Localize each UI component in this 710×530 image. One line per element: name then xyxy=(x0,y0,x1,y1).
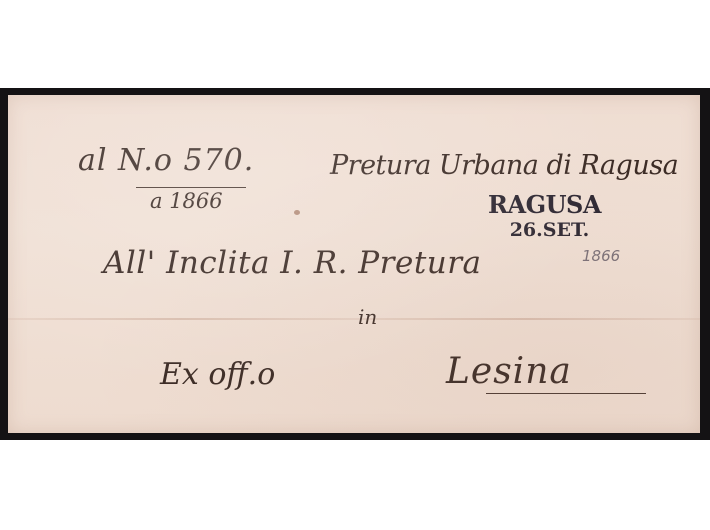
reference-underline xyxy=(136,187,246,188)
ex-officio-endorsement: Ex off.o xyxy=(160,357,275,392)
addressee-line: All' Inclita I. R. Pretura xyxy=(103,245,482,281)
preposition-in: in xyxy=(358,305,377,329)
postmark-date: 26.SET. xyxy=(498,219,601,241)
destination-town: Lesina xyxy=(446,351,572,392)
pencil-note: 1866 xyxy=(582,247,620,265)
fold-crease xyxy=(8,318,700,320)
reference-number: al N.o 570. xyxy=(78,143,254,178)
letter-sheet: al N.o 570. a 1866 Pretura Urbana di Rag… xyxy=(8,95,700,433)
postmark-city: RAGUSA xyxy=(488,191,601,219)
sender-line: Pretura Urbana di Ragusa xyxy=(330,150,678,181)
destination-underline xyxy=(486,393,646,394)
postmark: RAGUSA 26.SET. xyxy=(488,191,601,241)
reference-year: a 1866 xyxy=(150,189,223,213)
ink-spot xyxy=(294,210,300,215)
